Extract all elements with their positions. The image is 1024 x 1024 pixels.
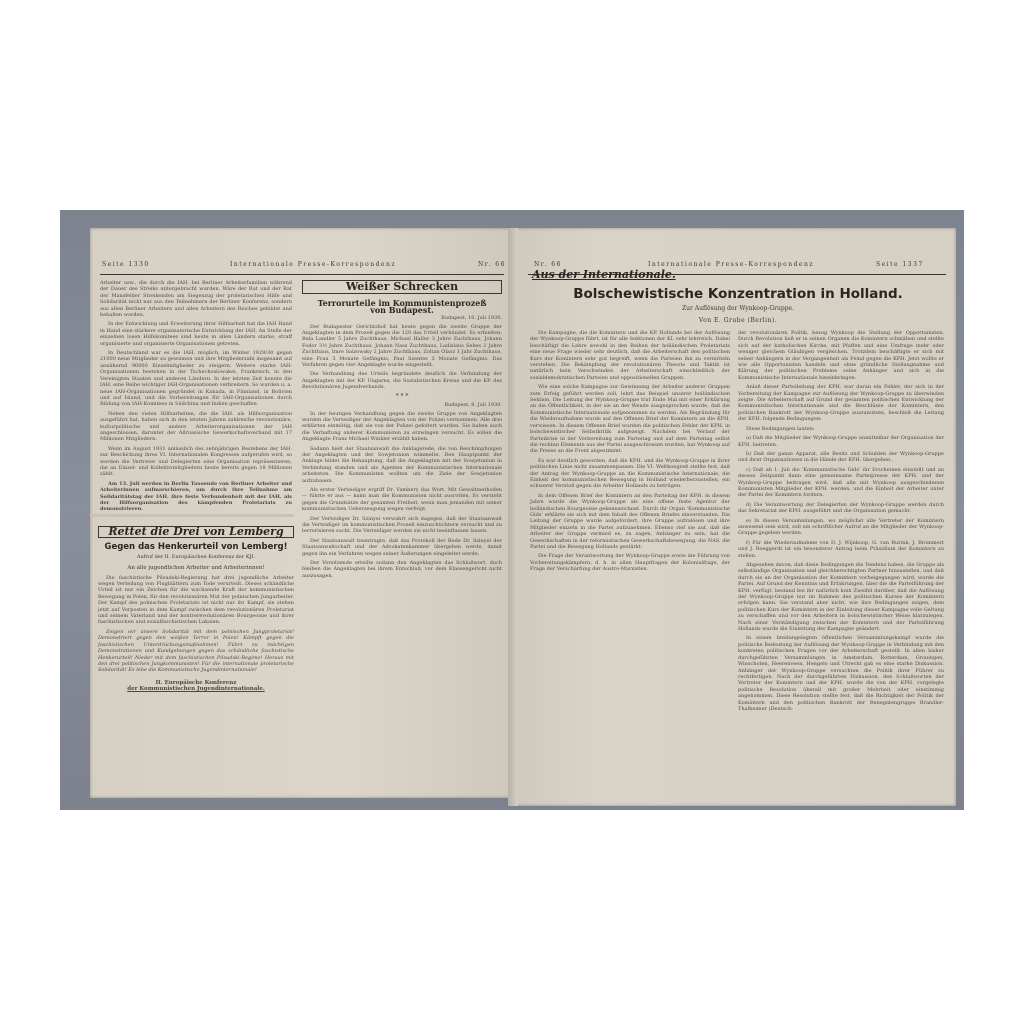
iah-paragraph: Arbeiter usw., die durch die IAH. bei Be… bbox=[100, 280, 292, 318]
budapest-paragraph: Der Budapester Gerichtshof hat heute geg… bbox=[302, 324, 502, 369]
budapest-paragraph: Der Verteidiger Dr. Szinyei verwahrt sic… bbox=[302, 516, 502, 535]
budapest-paragraph: In der heutigen Verhandlung gegen die zw… bbox=[302, 411, 502, 443]
iah-paragraph: Wenn im August 1931 anlässlich des zehnj… bbox=[100, 446, 292, 478]
left-page-number: Seite 1330 bbox=[102, 261, 150, 273]
iah-paragraph: Am 13. Juli werden in Berlin Tausende vo… bbox=[100, 481, 292, 513]
book-spine bbox=[508, 228, 518, 806]
lemberg-signature-2: der Kommunistischen Jugendinternationale… bbox=[98, 686, 294, 692]
holland-paragraph: Anlaß dieser Parteileitung der KPH. war … bbox=[738, 384, 944, 422]
holland-paragraph: Es war deutlich geworden, daß die KPH. u… bbox=[530, 458, 730, 490]
holland-paragraph: In dem Offenen Brief der Komintern an de… bbox=[530, 493, 730, 551]
budapest-dateline: Budapest, 10. Juli 1930. bbox=[302, 315, 502, 321]
budapest-paragraph: Der Staatsanwalt beantragte, daß das Pro… bbox=[302, 538, 502, 557]
lemberg-address: An alle jugendlichen Arbeiter und Arbeit… bbox=[98, 565, 294, 571]
budapest-paragraph: Sodann hielt der Staatsanwalt die Anklag… bbox=[302, 446, 502, 484]
lemberg-paragraph: Die faschistische Pilsudski-Regierung ha… bbox=[98, 575, 294, 626]
holland-column-1: Die Kampagne, die die Komintern und die … bbox=[530, 330, 730, 576]
iah-article: Arbeiter usw., die durch die IAH. bei Be… bbox=[100, 280, 292, 516]
lemberg-paragraph: Zeigen wir unsere Solidarität mit dem po… bbox=[98, 629, 294, 674]
budapest-dateline: Budapest, 8. Juli 1930. bbox=[302, 402, 502, 408]
condition-item: f) Für die Wiederaufnahme von D. J. Wijn… bbox=[738, 540, 944, 559]
budapest-paragraph: Die Verhandlung des Urteils begründete d… bbox=[302, 371, 502, 390]
left-running-title: Internationale Presse-Korrespondenz bbox=[230, 261, 396, 273]
condition-item: e) In diesen Versammlungen, wo möglichst… bbox=[738, 518, 944, 537]
iah-paragraph: Neben den vielen Hilfsarbeiten, die die … bbox=[100, 411, 292, 443]
right-page: Nr. 66 Internationale Presse-Korresponde… bbox=[508, 228, 956, 806]
condition-item: c) Daß ab 1. Juli die 'Kommunistische Gi… bbox=[738, 467, 944, 499]
holland-paragraph: Wie eine solche Kampagne zur Gewinnung d… bbox=[530, 384, 730, 454]
holland-paragraph: In einem breitangelegten öffentlichen Ve… bbox=[738, 635, 944, 712]
budapest-article: Weißer Schrecken Terrorurteile im Kommun… bbox=[302, 280, 502, 582]
holland-paragraph: Die Frage der Verantwortung der Wynkoop-… bbox=[530, 553, 730, 572]
article-byline: Von E. Grube (Berlin). bbox=[528, 317, 948, 324]
header-rule bbox=[100, 274, 504, 275]
lemberg-subhead: Aufruf der II. Europäischen Konferenz de… bbox=[98, 554, 294, 560]
left-issue-number: Nr. 66 bbox=[478, 261, 506, 273]
condition-item: a) Daß die Mitglieder der Wynkoop-Gruppe… bbox=[738, 435, 944, 448]
section-tag: Aus der Internationale. bbox=[532, 268, 676, 281]
holland-paragraph: Abgesehen davon, daß diese Bedingungen d… bbox=[738, 562, 944, 632]
right-page-number: Seite 1337 bbox=[876, 261, 924, 273]
iah-paragraph: In Deutschland war es die IAH. möglich, … bbox=[100, 350, 292, 408]
weisser-schrecken-title: Weißer Schrecken bbox=[302, 280, 502, 294]
article-headline: Bolschewistische Konzentration in Hollan… bbox=[528, 286, 948, 302]
fold-crease bbox=[90, 514, 294, 517]
condition-item: d) Die Verantwortung der Delegierten der… bbox=[738, 502, 944, 515]
budapest-paragraph: Der Vorsitzende erteilte sodann den Ange… bbox=[302, 560, 502, 579]
article-subhead: Zur Auflösung der Wynkoop-Gruppe. bbox=[528, 305, 948, 312]
budapest-paragraph: Als erster Verteidiger ergriff Dr. Vambe… bbox=[302, 487, 502, 513]
holland-paragraph: der revolutionären Politik, bezog Wynkoo… bbox=[738, 330, 944, 381]
separator-stars: * * * bbox=[302, 394, 502, 400]
conditions-intro: Diese Bedingungen lauten: bbox=[738, 426, 944, 432]
lemberg-box-title: Rettet die Drei von Lemberg bbox=[98, 526, 294, 538]
left-page: Seite 1330 Internationale Presse-Korresp… bbox=[90, 228, 514, 798]
condition-item: b) Daß der ganze Apparat, alle Besitz un… bbox=[738, 451, 944, 464]
holland-column-2: der revolutionären Politik, bezog Wynkoo… bbox=[738, 330, 944, 715]
holland-paragraph: Die Kampagne, die die Komintern und die … bbox=[530, 330, 730, 381]
lemberg-headline: Gegen das Henkerurteil von Lemberg! bbox=[98, 544, 294, 550]
lemberg-article: Rettet die Drei von Lemberg Gegen das He… bbox=[98, 526, 294, 693]
iah-paragraph: In der Entwicklung und Erweiterung ihrer… bbox=[100, 321, 292, 347]
